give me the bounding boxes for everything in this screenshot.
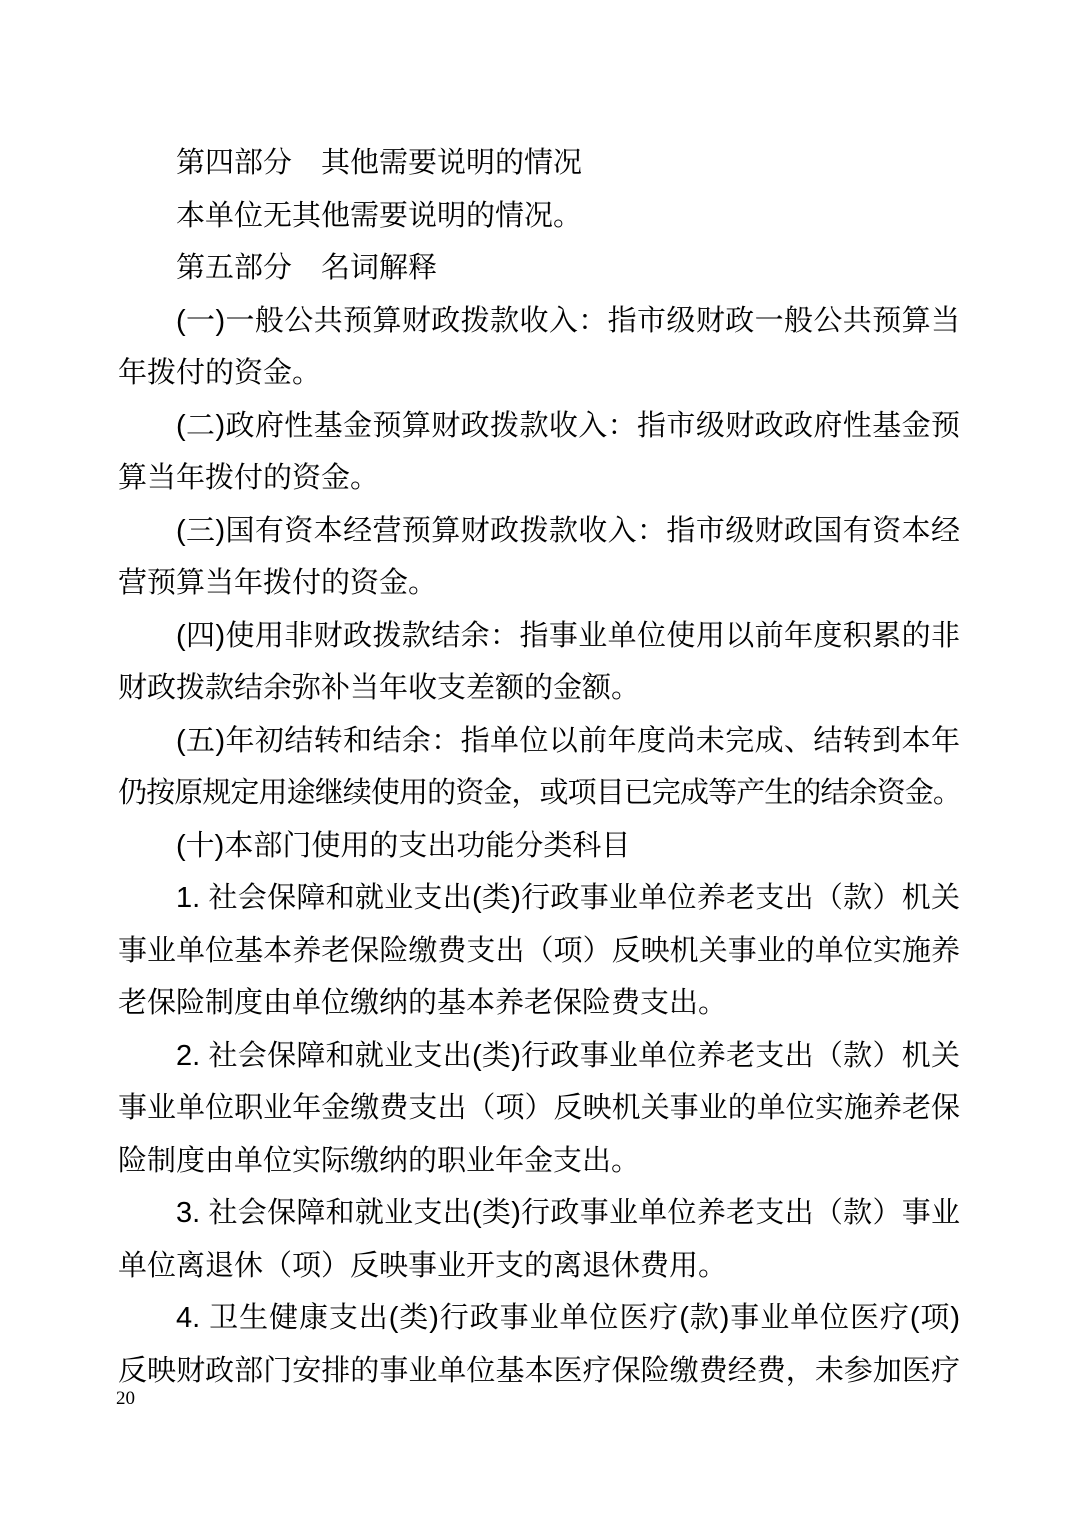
text-line: 反映财政部门安排的事业单位基本医疗保险缴费经费，未参加医疗 <box>118 1345 960 1398</box>
text-line: 年拨付的资金。 <box>118 347 960 400</box>
text-line: 算当年拨付的资金。 <box>118 452 960 505</box>
text-line: 事业单位基本养老保险缴费支出（项）反映机关事业的单位实施养 <box>118 925 960 978</box>
text-line: 2. 社会保障和就业支出(类)行政事业单位养老支出（款）机关 <box>118 1030 960 1083</box>
text-line: (一)一般公共预算财政拨款收入：指市级财政一般公共预算当 <box>118 295 960 348</box>
text-line: 险制度由单位实际缴纳的职业年金支出。 <box>118 1135 960 1188</box>
text-line: 4. 卫生健康支出(类)行政事业单位医疗(款)事业单位医疗(项) <box>118 1292 960 1345</box>
text-line: (三)国有资本经营预算财政拨款收入：指市级财政国有资本经 <box>118 505 960 558</box>
section-heading-part5: 第五部分 名词解释 <box>118 242 960 295</box>
text-line: 仍按原规定用途继续使用的资金，或项目已完成等产生的结余资金。 <box>118 767 960 820</box>
text-line: 3. 社会保障和就业支出(类)行政事业单位养老支出（款）事业 <box>118 1187 960 1240</box>
text-line: (五)年初结转和结余：指单位以前年度尚未完成、结转到本年 <box>118 715 960 768</box>
text-line: 老保险制度由单位缴纳的基本养老保险费支出。 <box>118 977 960 1030</box>
text-line: 事业单位职业年金缴费支出（项）反映机关事业的单位实施养老保 <box>118 1082 960 1135</box>
text-line: (二)政府性基金预算财政拨款收入：指市级财政政府性基金预 <box>118 400 960 453</box>
text-line: 营预算当年拨付的资金。 <box>118 557 960 610</box>
section-heading-part4: 第四部分 其他需要说明的情况 <box>118 137 960 190</box>
text-line: 1. 社会保障和就业支出(类)行政事业单位养老支出（款）机关 <box>118 872 960 925</box>
text-line: 本单位无其他需要说明的情况。 <box>118 190 960 243</box>
text-line: 单位离退休（项）反映事业开支的离退休费用。 <box>118 1240 960 1293</box>
text-line: (十)本部门使用的支出功能分类科目 <box>118 820 960 873</box>
text-line: (四)使用非财政拨款结余：指事业单位使用以前年度积累的非 <box>118 610 960 663</box>
document-page: 第四部分 其他需要说明的情况 本单位无其他需要说明的情况。 第五部分 名词解释 … <box>0 0 1074 1520</box>
text-line: 财政拨款结余弥补当年收支差额的金额。 <box>118 662 960 715</box>
document-content: 第四部分 其他需要说明的情况 本单位无其他需要说明的情况。 第五部分 名词解释 … <box>118 137 960 1397</box>
page-number: 20 <box>116 1389 135 1409</box>
